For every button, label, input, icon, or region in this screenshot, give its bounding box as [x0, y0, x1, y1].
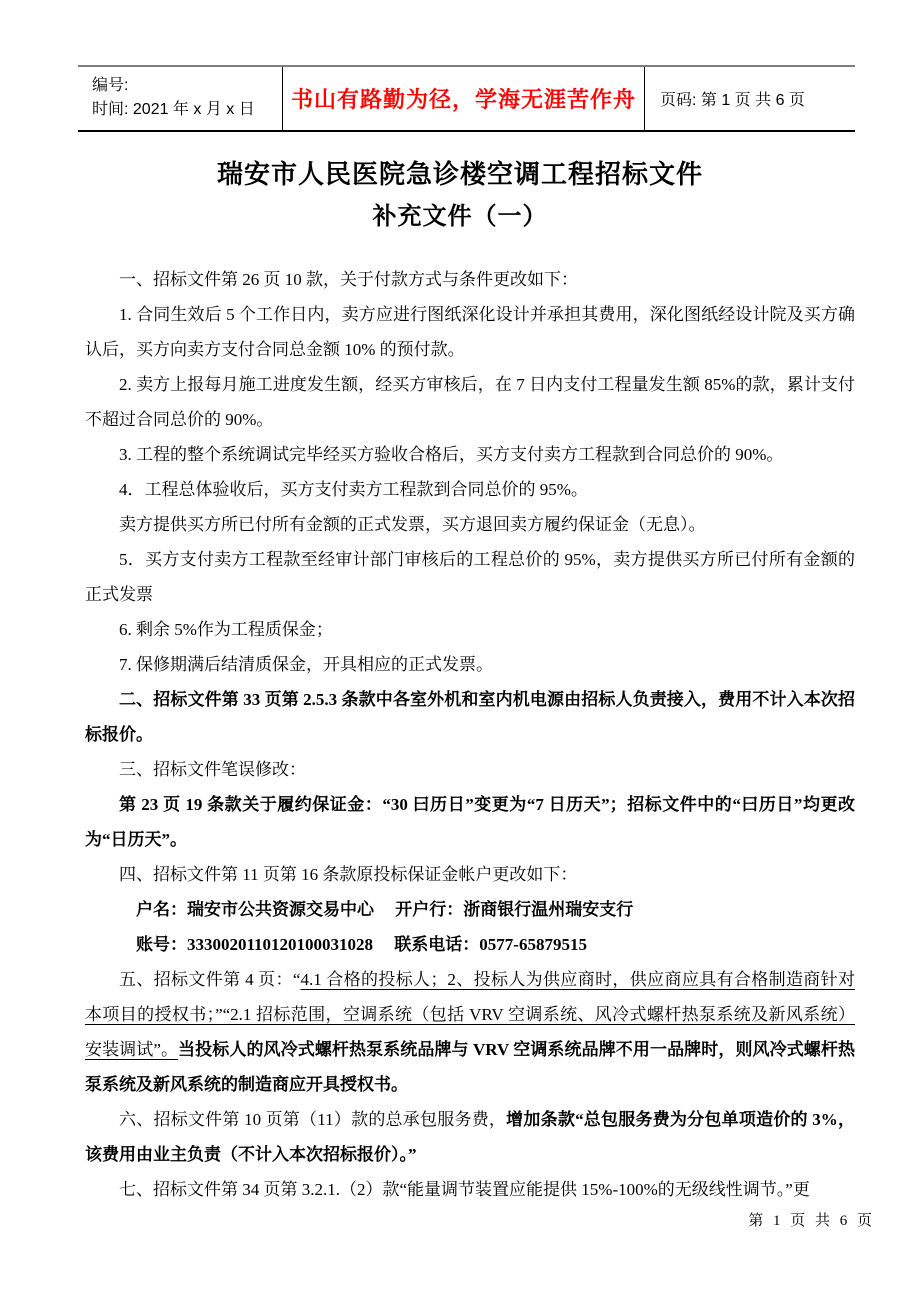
- paragraph: 3. 工程的整个系统调试完毕经买方验收合格后，买方支付卖方工程款到合同总价的 9…: [85, 437, 855, 472]
- paragraph: 五、招标文件第 4 页：“4.1 合格的投标人；2、投标人为供应商时，供应商应具…: [85, 962, 855, 1102]
- paragraph: 1. 合同生效后 5 个工作日内，卖方应进行图纸深化设计并承担其费用，深化图纸经…: [85, 297, 855, 367]
- paragraph: 6. 剩余 5%作为工程质保金；: [85, 612, 855, 647]
- paragraph: 4．工程总体验收后，买方支付卖方工程款到合同总价的 95%。: [85, 472, 855, 507]
- paragraph: 5．买方支付卖方工程款至经审计部门审核后的工程总价的 95%，卖方提供买方所已付…: [85, 542, 855, 612]
- paragraph: 2. 卖方上报每月施工进度发生额，经买方审核后，在 7 日内支付工程量发生额 8…: [85, 367, 855, 437]
- doc-time-label: 时间: 2021 年 x 月 x 日: [92, 98, 276, 122]
- paragraph: 账号：3330020110120100031028 联系电话：0577-6587…: [85, 927, 855, 962]
- header-cell-motto: 书山有路勤为径，学海无涯苦作舟: [283, 67, 645, 130]
- paragraph: 卖方提供买方所已付所有金额的正式发票，买方退回卖方履约保证金（无息）。: [85, 507, 855, 542]
- document-subtitle: 补充文件（一）: [0, 196, 920, 231]
- paragraph: 第 23 页 19 条款关于履约保证金：“30 曰历日”变更为“7 日历天”；招…: [85, 787, 855, 857]
- document-page: 编号: 时间: 2021 年 x 月 x 日 书山有路勤为径，学海无涯苦作舟 页…: [0, 0, 920, 1302]
- header-cell-page: 页码: 第 1 页 共 6 页: [645, 67, 855, 130]
- paragraph: 六、招标文件第 10 页第（11）款的总承包服务费，增加条款“总包服务费为分包单…: [85, 1102, 855, 1172]
- paragraph: 7. 保修期满后结清质保金，开具相应的正式发票。: [85, 647, 855, 682]
- motto-text: 书山有路勤为径，学海无涯苦作舟: [291, 83, 636, 114]
- document-title: 瑞安市人民医院急诊楼空调工程招标文件: [0, 154, 920, 191]
- paragraph: 七、招标文件第 34 页第 3.2.1.（2）款“能量调节装置应能提供 15%-…: [85, 1172, 855, 1207]
- document-body: 一、招标文件第 26 页 10 款，关于付款方式与条件更改如下：1. 合同生效后…: [85, 262, 855, 1207]
- page-footer: 第 1 页 共 6 页: [0, 1209, 875, 1230]
- header-table: 编号: 时间: 2021 年 x 月 x 日 书山有路勤为径，学海无涯苦作舟 页…: [78, 65, 855, 132]
- paragraph: 四、招标文件第 11 页第 16 条款原投标保证金帐户更改如下：: [85, 857, 855, 892]
- paragraph: 三、招标文件笔误修改：: [85, 752, 855, 787]
- paragraph: 户名：瑞安市公共资源交易中心 开户行：浙商银行温州瑞安支行: [85, 892, 855, 927]
- page-number-label: 页码: 第 1 页 共 6 页: [660, 87, 805, 110]
- paragraph: 一、招标文件第 26 页 10 款，关于付款方式与条件更改如下：: [85, 262, 855, 297]
- header-cell-meta: 编号: 时间: 2021 年 x 月 x 日: [78, 67, 283, 130]
- paragraph: 二、招标文件第 33 页第 2.5.3 条款中各室外机和室内机电源由招标人负责接…: [85, 682, 855, 752]
- doc-number-label: 编号:: [92, 74, 276, 98]
